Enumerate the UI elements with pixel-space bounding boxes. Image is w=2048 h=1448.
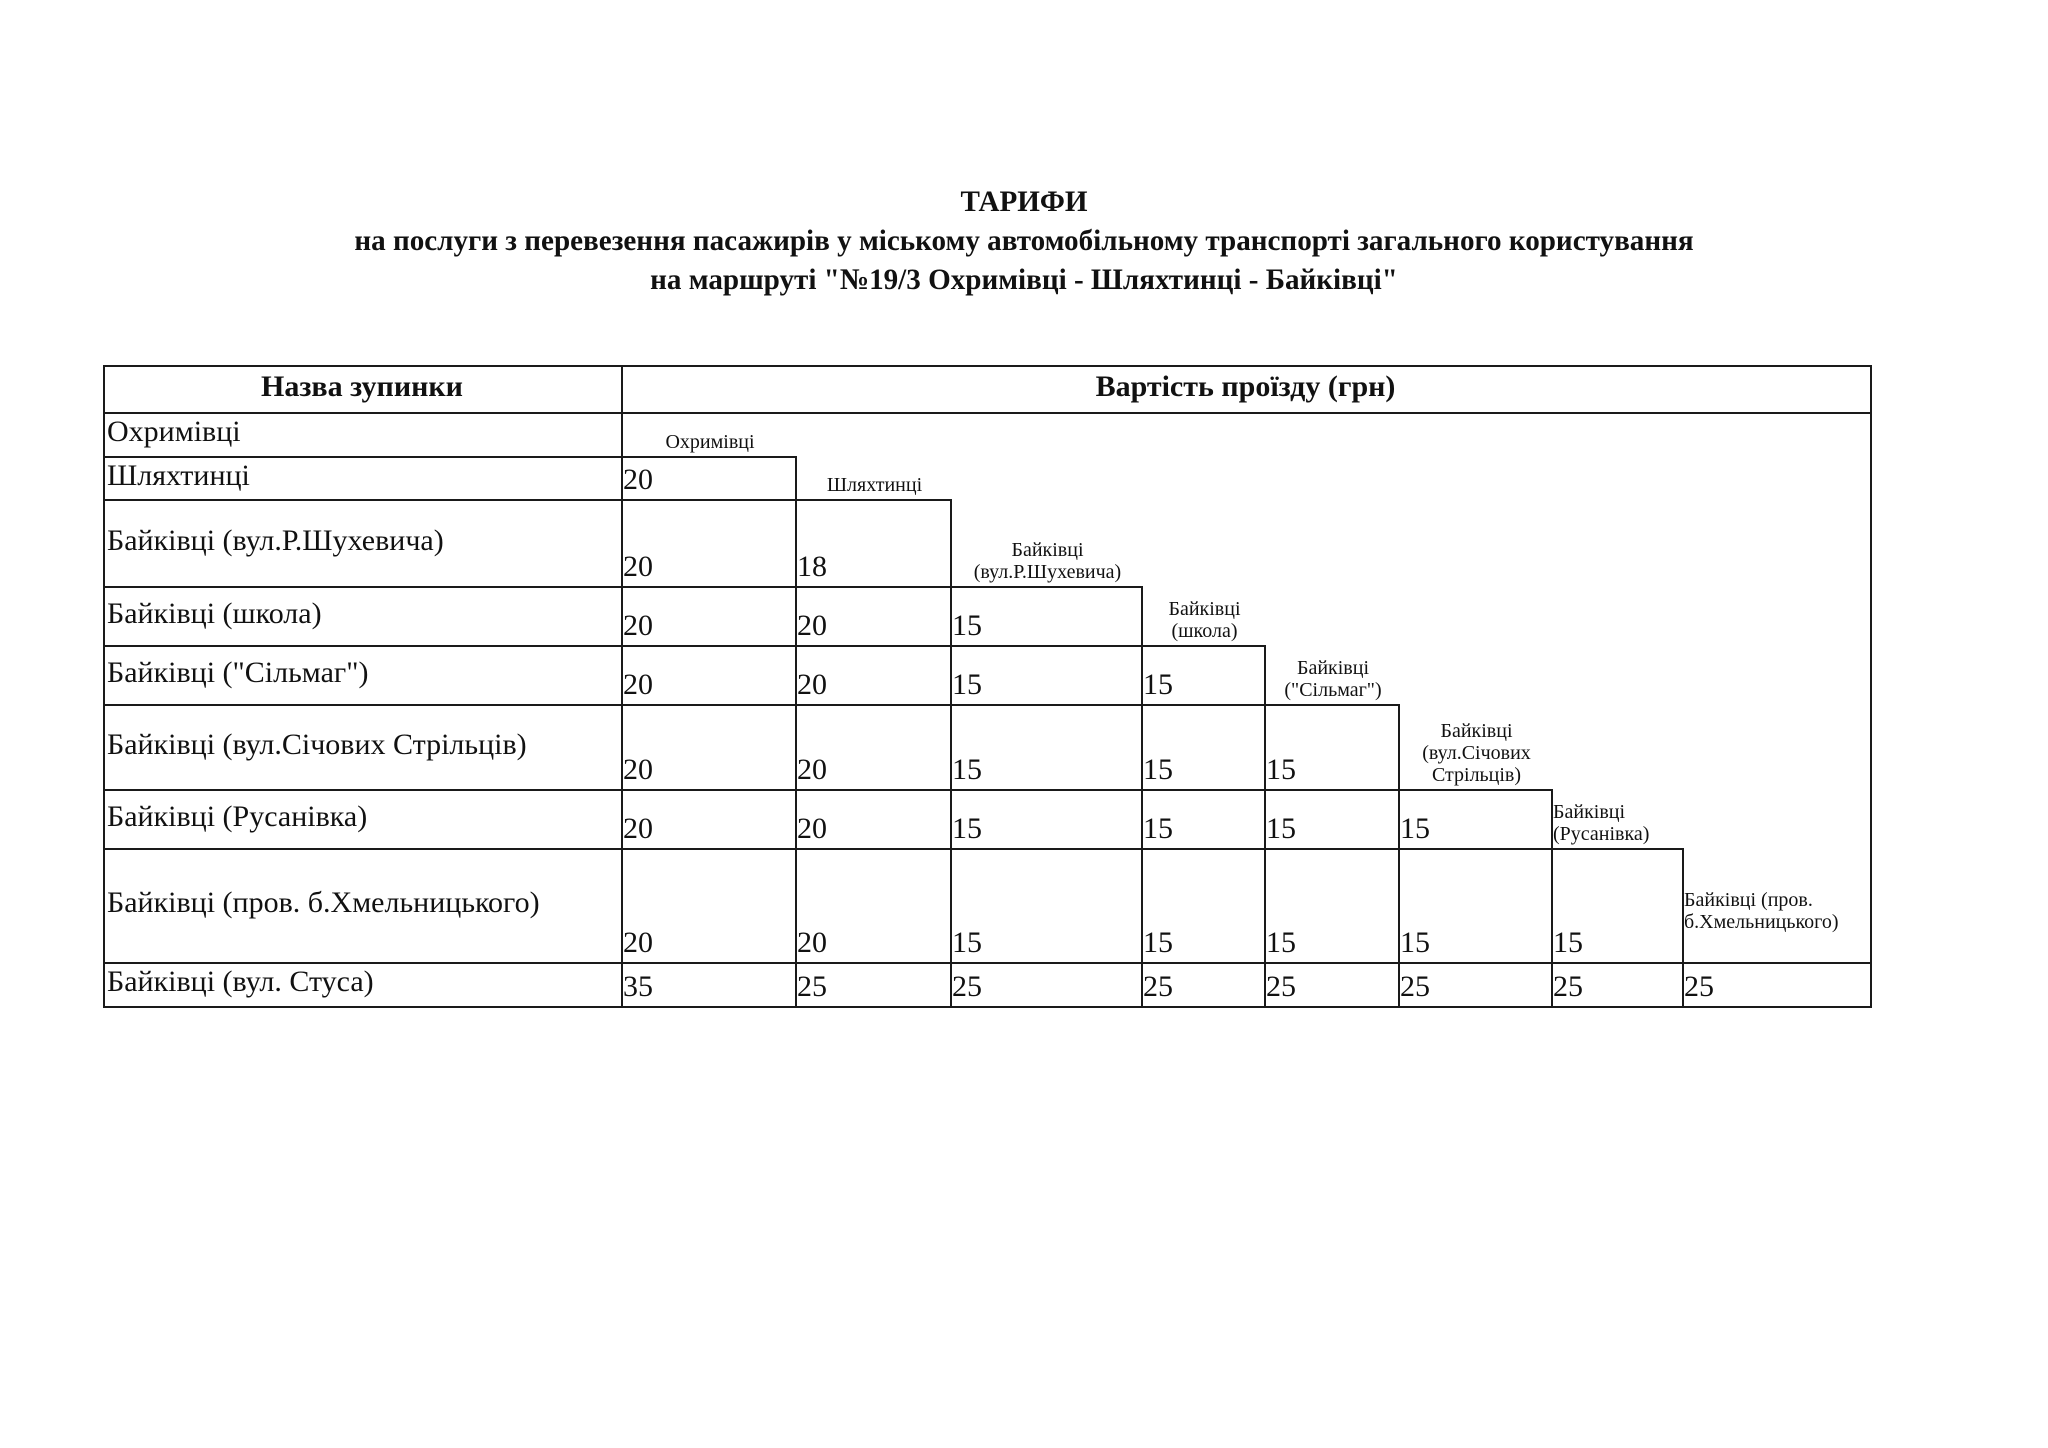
fare-value: 15 bbox=[952, 609, 982, 643]
row-divider bbox=[103, 645, 621, 647]
fare-value: 20 bbox=[797, 753, 827, 787]
fare-row-divider bbox=[621, 962, 1872, 964]
fare-value: 15 bbox=[952, 926, 982, 960]
row-divider bbox=[103, 499, 621, 501]
fare-value: 15 bbox=[1266, 812, 1296, 846]
header-fare: Вартість проїзду (грн) bbox=[621, 370, 1870, 404]
column-label: Шляхтинці bbox=[797, 474, 952, 496]
column-label-line: Байківці bbox=[952, 539, 1143, 561]
fare-value: 20 bbox=[623, 926, 653, 960]
fare-value: 20 bbox=[797, 812, 827, 846]
header-stop-name: Назва зупинки bbox=[103, 370, 621, 404]
fare-value: 15 bbox=[1143, 668, 1173, 702]
fare-row-divider bbox=[621, 789, 1553, 791]
fare-value: 15 bbox=[1553, 926, 1583, 960]
row-divider bbox=[103, 848, 621, 850]
fare-value: 25 bbox=[1266, 970, 1296, 1004]
fare-value: 25 bbox=[797, 970, 827, 1004]
fare-value: 20 bbox=[797, 609, 827, 643]
fare-value: 15 bbox=[1266, 753, 1296, 787]
row-divider bbox=[103, 962, 621, 964]
table-border-bottom bbox=[103, 1006, 1872, 1008]
fare-value: 20 bbox=[623, 668, 653, 702]
fare-value: 20 bbox=[797, 668, 827, 702]
fare-value: 15 bbox=[952, 812, 982, 846]
fare-value: 15 bbox=[1143, 812, 1173, 846]
fare-value: 20 bbox=[797, 926, 827, 960]
column-label-line: (школа) bbox=[1143, 620, 1266, 642]
column-label-line: Байківці bbox=[1143, 598, 1266, 620]
fare-table: Назва зупинки Вартість проїзду (грн) Охр… bbox=[0, 0, 2048, 1448]
fare-value: 15 bbox=[1143, 753, 1173, 787]
column-label-line: Охримівці bbox=[623, 431, 797, 453]
column-label-line: Стрільців) bbox=[1400, 764, 1553, 786]
column-label-line: б.Хмельницького) bbox=[1684, 911, 1876, 933]
fare-row-divider bbox=[621, 704, 1400, 706]
fare-column-divider bbox=[795, 456, 797, 1006]
fare-value: 15 bbox=[1266, 926, 1296, 960]
fare-value: 25 bbox=[1400, 970, 1430, 1004]
column-label: Байківці(школа) bbox=[1143, 598, 1266, 642]
fare-value: 15 bbox=[952, 753, 982, 787]
table-border-top bbox=[103, 365, 1872, 367]
row-divider bbox=[103, 789, 621, 791]
stop-name: Байківці ("Сільмаг") bbox=[107, 656, 368, 690]
column-label: Охримівці bbox=[623, 431, 797, 453]
fare-value: 15 bbox=[1143, 926, 1173, 960]
row-divider bbox=[103, 586, 621, 588]
header-divider bbox=[103, 412, 1872, 414]
column-label-line: Байківці bbox=[1553, 801, 1684, 823]
stop-name: Охримівці bbox=[107, 415, 241, 449]
fare-value: 20 bbox=[623, 609, 653, 643]
fare-row-divider bbox=[621, 586, 1143, 588]
fare-row-divider bbox=[621, 456, 797, 458]
fare-value: 15 bbox=[1400, 812, 1430, 846]
fare-value: 25 bbox=[952, 970, 982, 1004]
stop-name: Байківці (Русанівка) bbox=[107, 800, 367, 834]
column-label: Байківці("Сільмаг") bbox=[1266, 657, 1400, 701]
fare-row-divider bbox=[621, 848, 1684, 850]
column-label: Байківці(вул.Р.Шухевича) bbox=[952, 539, 1143, 583]
fare-row-divider bbox=[621, 499, 952, 501]
stop-name: Байківці (вул. Стуса) bbox=[107, 965, 374, 999]
fare-value: 20 bbox=[623, 753, 653, 787]
column-label: Байківці (пров.б.Хмельницького) bbox=[1684, 889, 1876, 933]
fare-value: 35 bbox=[623, 970, 653, 1004]
column-label-line: ("Сільмаг") bbox=[1266, 679, 1400, 701]
fare-value: 25 bbox=[1684, 970, 1714, 1004]
fare-row-divider bbox=[621, 645, 1266, 647]
column-label-line: Шляхтинці bbox=[797, 474, 952, 496]
column-label-line: (Русанівка) bbox=[1553, 823, 1684, 845]
fare-value: 18 bbox=[797, 550, 827, 584]
column-label-line: Байківці (пров. bbox=[1684, 889, 1876, 911]
column-label-line: Байківці bbox=[1266, 657, 1400, 679]
column-label-line: (вул.Р.Шухевича) bbox=[952, 561, 1143, 583]
fare-value: 20 bbox=[623, 463, 653, 497]
column-label: Байківці(Русанівка) bbox=[1553, 801, 1684, 845]
stop-name: Байківці (школа) bbox=[107, 597, 322, 631]
fare-value: 15 bbox=[1400, 926, 1430, 960]
fare-value: 25 bbox=[1143, 970, 1173, 1004]
column-label-line: Байківці bbox=[1400, 720, 1553, 742]
fare-value: 20 bbox=[623, 550, 653, 584]
column-label-line: (вул.Січових bbox=[1400, 742, 1553, 764]
row-divider bbox=[103, 704, 621, 706]
table-border-left bbox=[103, 365, 105, 1008]
stop-name: Байківці (вул.Січових Стрільців) bbox=[107, 728, 527, 762]
fare-value: 15 bbox=[952, 668, 982, 702]
stop-name: Байківці (вул.Р.Шухевича) bbox=[107, 524, 444, 558]
fare-value: 20 bbox=[623, 812, 653, 846]
stop-name: Шляхтинці bbox=[107, 459, 250, 493]
fare-value: 25 bbox=[1553, 970, 1583, 1004]
stop-name: Байківці (пров. б.Хмельницького) bbox=[107, 886, 540, 920]
column-label: Байківці(вул.СічовихСтрільців) bbox=[1400, 720, 1553, 786]
